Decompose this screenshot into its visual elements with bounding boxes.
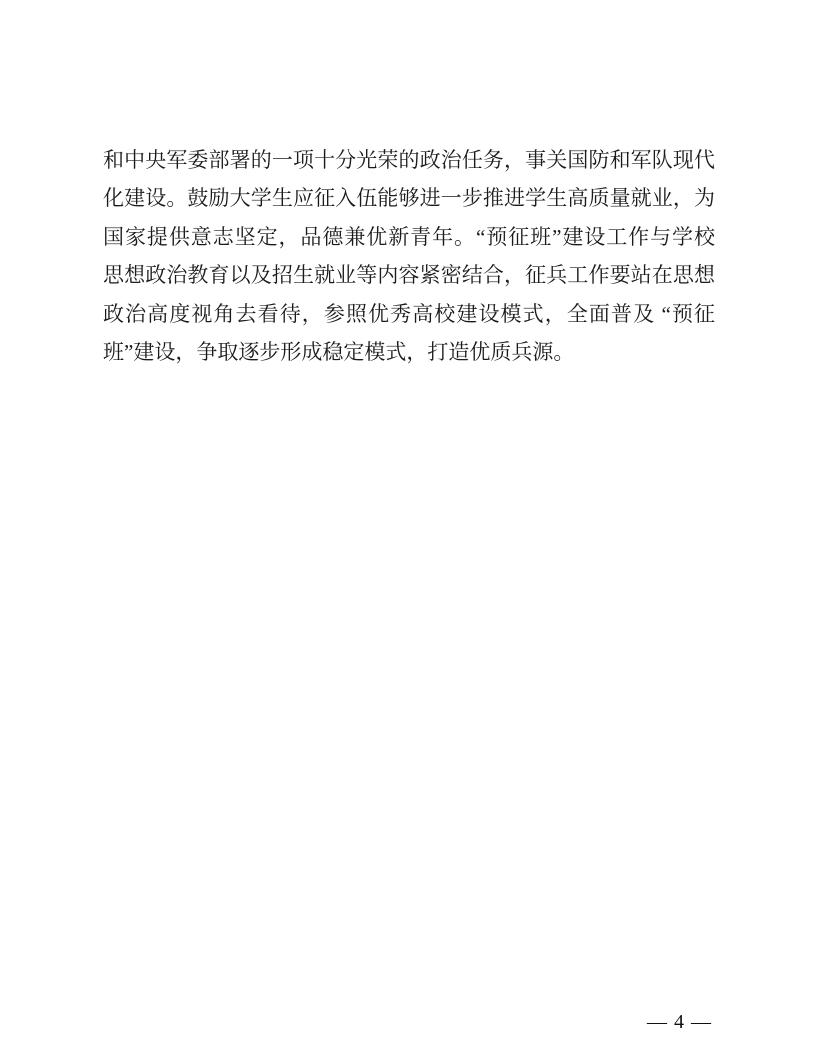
paragraph-line: 政治高度视角去看待，参照优秀高校建设模式，全面普及 “预征 <box>103 295 715 333</box>
page-number: — 4 — <box>647 1010 712 1034</box>
paragraph-line: 化建设。鼓励大学生应征入伍能够进一步推进学生高质量就业，为 <box>103 179 715 217</box>
document-page: 和中央军委部署的一项十分光荣的政治任务，事关国防和军队现代 化建设。鼓励大学生应… <box>0 0 816 1056</box>
paragraph-line: 班”建设，争取逐步形成稳定模式，打造优质兵源。 <box>103 333 715 371</box>
paragraph-line: 思想政治教育以及招生就业等内容紧密结合，征兵工作要站在思想 <box>103 256 715 294</box>
body-paragraph: 和中央军委部署的一项十分光荣的政治任务，事关国防和军队现代 化建设。鼓励大学生应… <box>103 141 715 371</box>
paragraph-line: 国家提供意志坚定，品德兼优新青年。“预征班”建设工作与学校 <box>103 218 715 256</box>
paragraph-line: 和中央军委部署的一项十分光荣的政治任务，事关国防和军队现代 <box>103 141 715 179</box>
